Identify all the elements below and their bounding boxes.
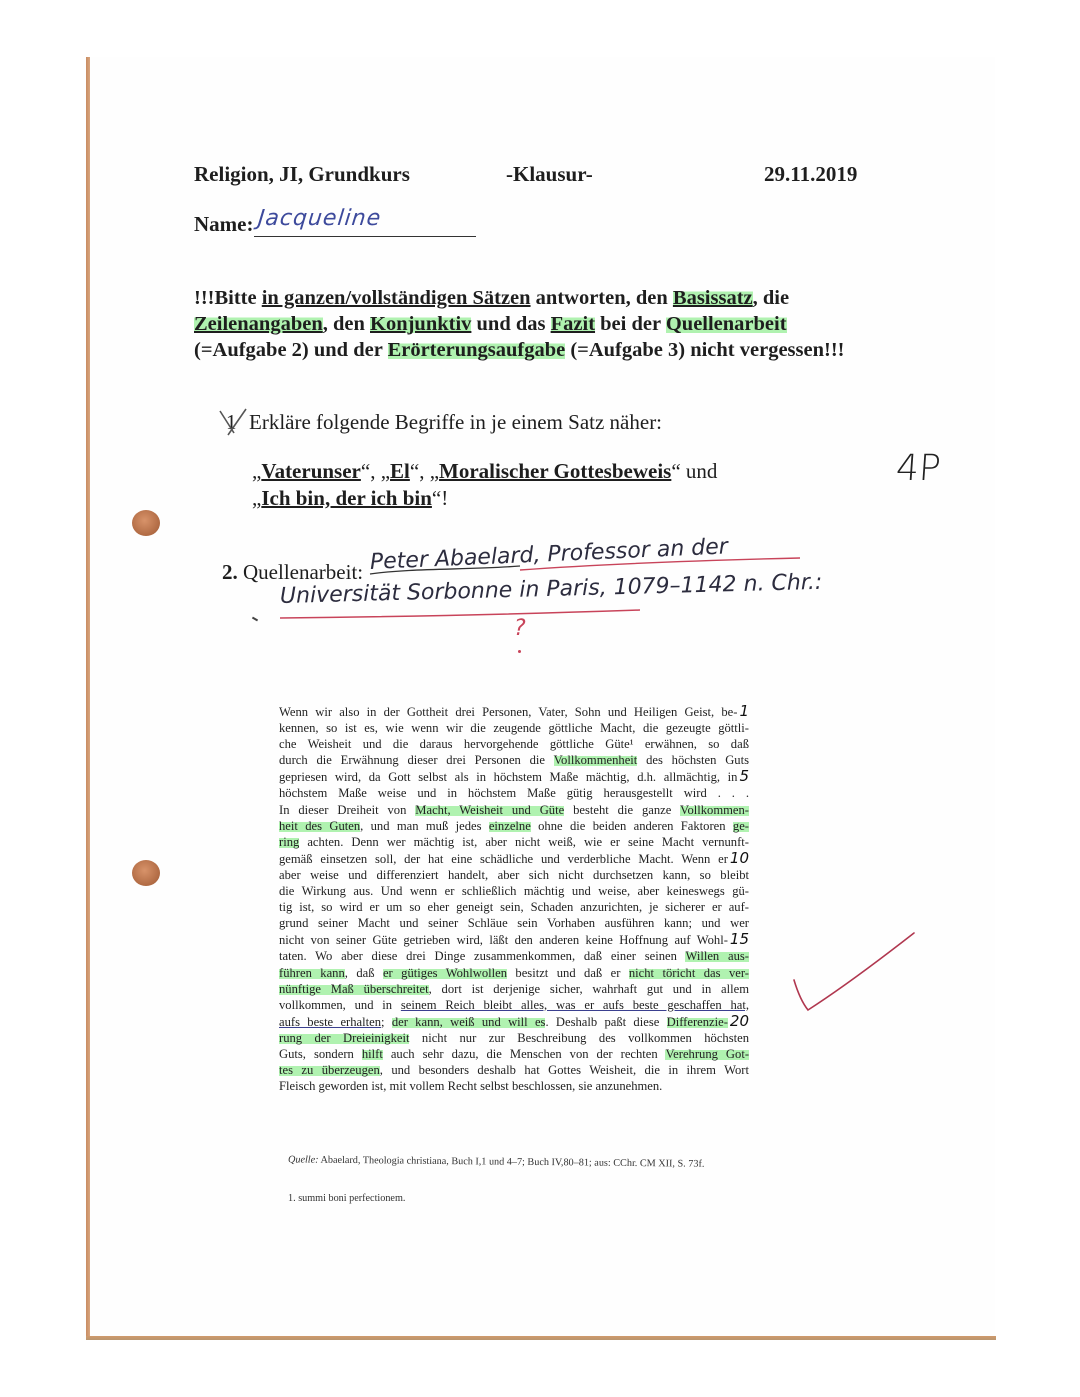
instr-highlighted: Basissatz xyxy=(673,287,753,309)
exam-date: 29.11.2019 xyxy=(764,162,857,187)
instr-highlighted: Konjunktiv xyxy=(370,313,471,335)
source-line: rung der Dreieinigkeit nicht nur zur Bes… xyxy=(279,1030,749,1046)
task2-number: 2. xyxy=(222,560,238,584)
citation-label: Quelle: xyxy=(288,1154,319,1165)
term: Ich bin, der ich bin xyxy=(261,486,432,510)
exam-type: -Klausur- xyxy=(506,162,593,187)
source-line: heit des Guten, und man muß jedes einzel… xyxy=(279,818,749,834)
instr-text: !!!Bitte xyxy=(194,287,262,309)
source-line: aufs beste erhalten; der kann, weiß und … xyxy=(279,1013,749,1030)
source-line: führen kann, daß er gütiges Wohlwollen b… xyxy=(279,965,749,981)
instr-text: und das xyxy=(471,313,550,335)
source-line: Guts, sondern hilft auch sehr dazu, die … xyxy=(279,1046,749,1062)
source-line: che Weisheit und die daraus hervorgehend… xyxy=(279,736,749,752)
source-line: die Wirkung aus. Und wenn er schließlich… xyxy=(279,883,749,899)
exam-sheet xyxy=(90,57,995,1336)
instr-highlighted: Erörterungsaufgabe xyxy=(388,339,566,361)
term: Moralischer Gottesbeweis xyxy=(439,459,671,483)
source-line: vollkommen, und in seinem Reich bleibt a… xyxy=(279,997,749,1013)
source-line: Wenn wir also in der Gottheit drei Perso… xyxy=(279,703,749,720)
student-name: Jacqueline xyxy=(257,206,383,231)
instr-highlighted: Quellenarbeit xyxy=(666,313,787,335)
line-number: 15 xyxy=(730,930,749,948)
source-line: In dieser Dreiheit von Macht, Weisheit u… xyxy=(279,802,749,818)
punch-hole xyxy=(132,510,160,536)
source-line: aber weise und differenziert handelt, ab… xyxy=(279,867,749,883)
checkmark-icon xyxy=(790,928,920,1018)
source-line: gepriesen wird, da Gott selbst als in hö… xyxy=(279,768,749,785)
term-joiner: und xyxy=(681,459,718,483)
line-number: 10 xyxy=(730,849,749,867)
term: El xyxy=(390,459,410,483)
name-label: Name: xyxy=(194,212,253,237)
instr-text: antworten, den xyxy=(531,287,673,309)
source-line: grund seiner Macht und seiner Schläue se… xyxy=(279,915,749,931)
source-line: ring achten. Denn wer mächtig ist, aber … xyxy=(279,834,749,850)
instr-underlined: in ganzen/vollständigen Sätzen xyxy=(262,287,531,309)
teacher-red-underlines xyxy=(270,540,910,630)
name-line xyxy=(254,236,476,237)
teacher-question-mark: ? xyxy=(514,616,526,641)
task1-prompt: Erkläre folgende Begriffe in je einem Sa… xyxy=(249,410,662,435)
task1-terms: „Vaterunser“, „El“, „Moralischer Gottesb… xyxy=(252,458,717,512)
instr-highlighted: Fazit xyxy=(551,313,595,335)
source-line: Fleisch geworden ist, mit vollem Recht s… xyxy=(279,1078,749,1094)
term: Vaterunser xyxy=(261,459,361,483)
source-line: tig ist, so wird er um so eher geneigt s… xyxy=(279,899,749,915)
points-annotation: 4P xyxy=(895,448,942,489)
line-number: 20 xyxy=(730,1012,749,1030)
source-line: nicht von seiner Güte getrieben wird, lä… xyxy=(279,931,749,948)
teacher-dot xyxy=(518,650,521,653)
source-line: kennen, so ist es, wie wenn wir die zeug… xyxy=(279,720,749,736)
source-line: gemäß einsetzen soll, der hat eine schäd… xyxy=(279,850,749,867)
line-number: 1 xyxy=(739,702,749,720)
source-line: höchstem Maße weise und in höchstem Maße… xyxy=(279,785,749,801)
source-text: Wenn wir also in der Gottheit drei Perso… xyxy=(279,703,749,1094)
punch-hole xyxy=(132,860,160,886)
source-line: nünftige Maß überschreitet, dort ist der… xyxy=(279,981,749,997)
footnote: 1. summi boni perfectionem. xyxy=(288,1193,405,1204)
instr-highlighted: Zeilenangaben xyxy=(194,313,323,335)
source-line: taten. Wo aber diese drei Dinge zusammen… xyxy=(279,948,749,964)
source-line: tes zu überzeugen, und besonders deshalb… xyxy=(279,1062,749,1078)
course-title: Religion, JI, Grundkurs xyxy=(194,162,410,187)
instr-text: (=Aufgabe 3) nicht vergessen!!! xyxy=(565,339,844,361)
line-number: 5 xyxy=(739,767,749,785)
instr-text: , den xyxy=(323,313,370,335)
instr-text: , die xyxy=(753,287,789,309)
crossed-out-number-icon: 1 xyxy=(218,405,252,437)
source-line: durch die Erwähnung dieser drei Personen… xyxy=(279,752,749,768)
instr-text: bei der xyxy=(595,313,666,335)
instr-text: (=Aufgabe 2) und der xyxy=(194,339,388,361)
instructions: !!!Bitte in ganzen/vollständigen Sätzen … xyxy=(194,285,884,363)
desk-edge-bottom xyxy=(86,1336,996,1340)
